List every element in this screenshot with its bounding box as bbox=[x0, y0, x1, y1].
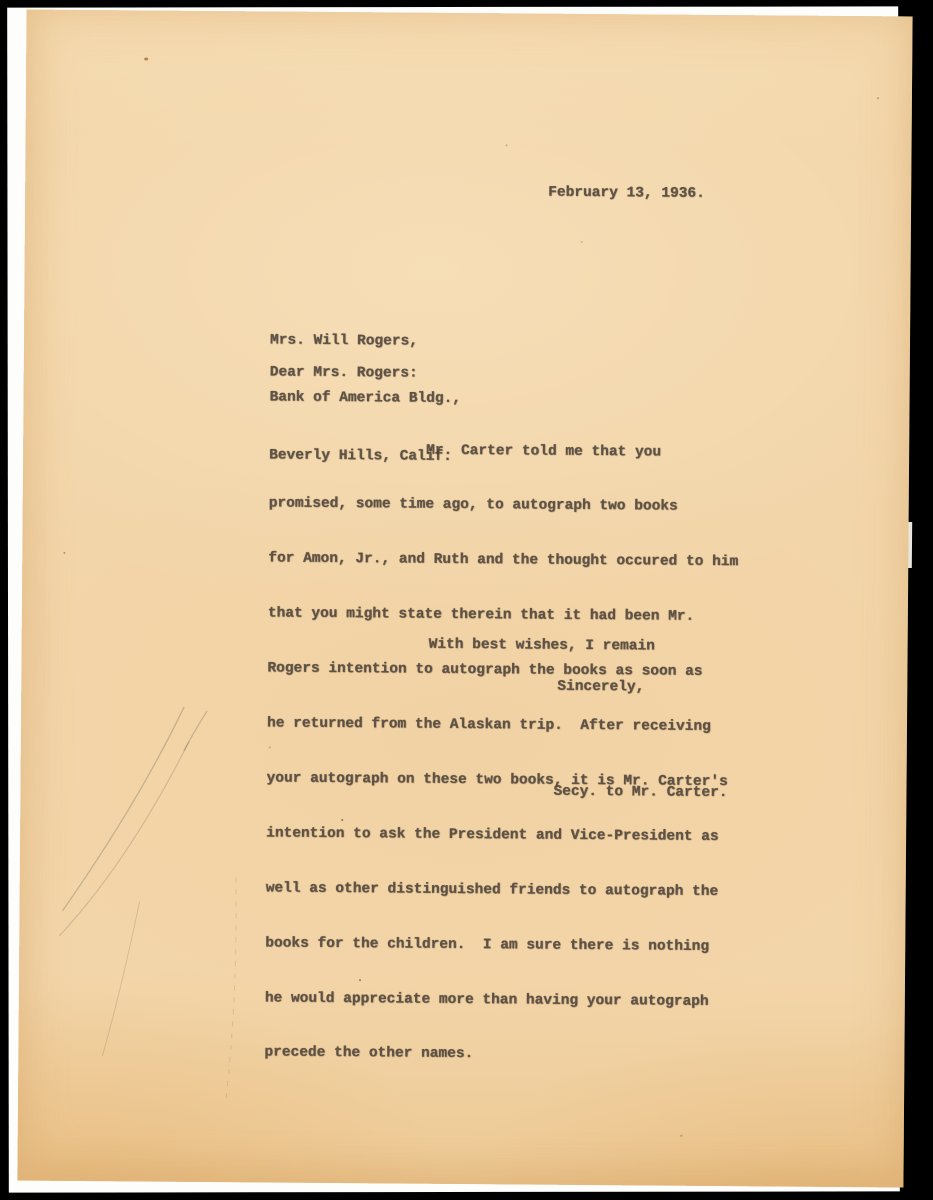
signoff-line: Sincerely, bbox=[557, 679, 644, 696]
letter-body: Mr. Carter told me that you promised, so… bbox=[264, 403, 739, 1102]
body-line: for Amon, Jr., and Ruth and the thought … bbox=[268, 550, 738, 572]
paper-speck bbox=[506, 144, 508, 146]
salutation: Dear Mrs. Rogers: bbox=[270, 364, 418, 381]
body-line: he returned from the Alaskan trip. After… bbox=[267, 714, 737, 736]
signature-title-line: Secy. to Mr. Carter. bbox=[553, 784, 727, 801]
letter-paper: February 13, 1936. Mrs. Will Rogers, Ban… bbox=[17, 10, 912, 1188]
closing-line: With best wishes, I remain bbox=[429, 637, 655, 655]
scan-background: February 13, 1936. Mrs. Will Rogers, Ban… bbox=[0, 0, 933, 1200]
paper-speck bbox=[359, 979, 361, 981]
body-line: he would appreciate more than having you… bbox=[265, 989, 735, 1011]
body-line: precede the other names. bbox=[264, 1044, 734, 1066]
body-line: Mr. Carter told me that you bbox=[269, 440, 739, 462]
body-line: books for the children. I am sure there … bbox=[265, 934, 735, 956]
paper-speck bbox=[341, 819, 343, 821]
paper-speck bbox=[877, 97, 879, 99]
paper-speck bbox=[581, 241, 583, 243]
body-line: Rogers intention to autograph the books … bbox=[267, 660, 737, 682]
paper-speck bbox=[269, 746, 271, 748]
paper-speck bbox=[63, 552, 65, 554]
body-line: well as other distinguished friends to a… bbox=[266, 879, 736, 901]
paper-speck bbox=[144, 57, 148, 60]
date-line: February 13, 1936. bbox=[548, 185, 705, 202]
paper-speck bbox=[680, 1135, 683, 1137]
body-line: promised, some time ago, to autograph tw… bbox=[269, 495, 739, 517]
body-line: that you might state therein that it had… bbox=[268, 605, 738, 627]
address-line-name: Mrs. Will Rogers, bbox=[270, 331, 462, 352]
body-line: intention to ask the President and Vice-… bbox=[266, 824, 736, 846]
